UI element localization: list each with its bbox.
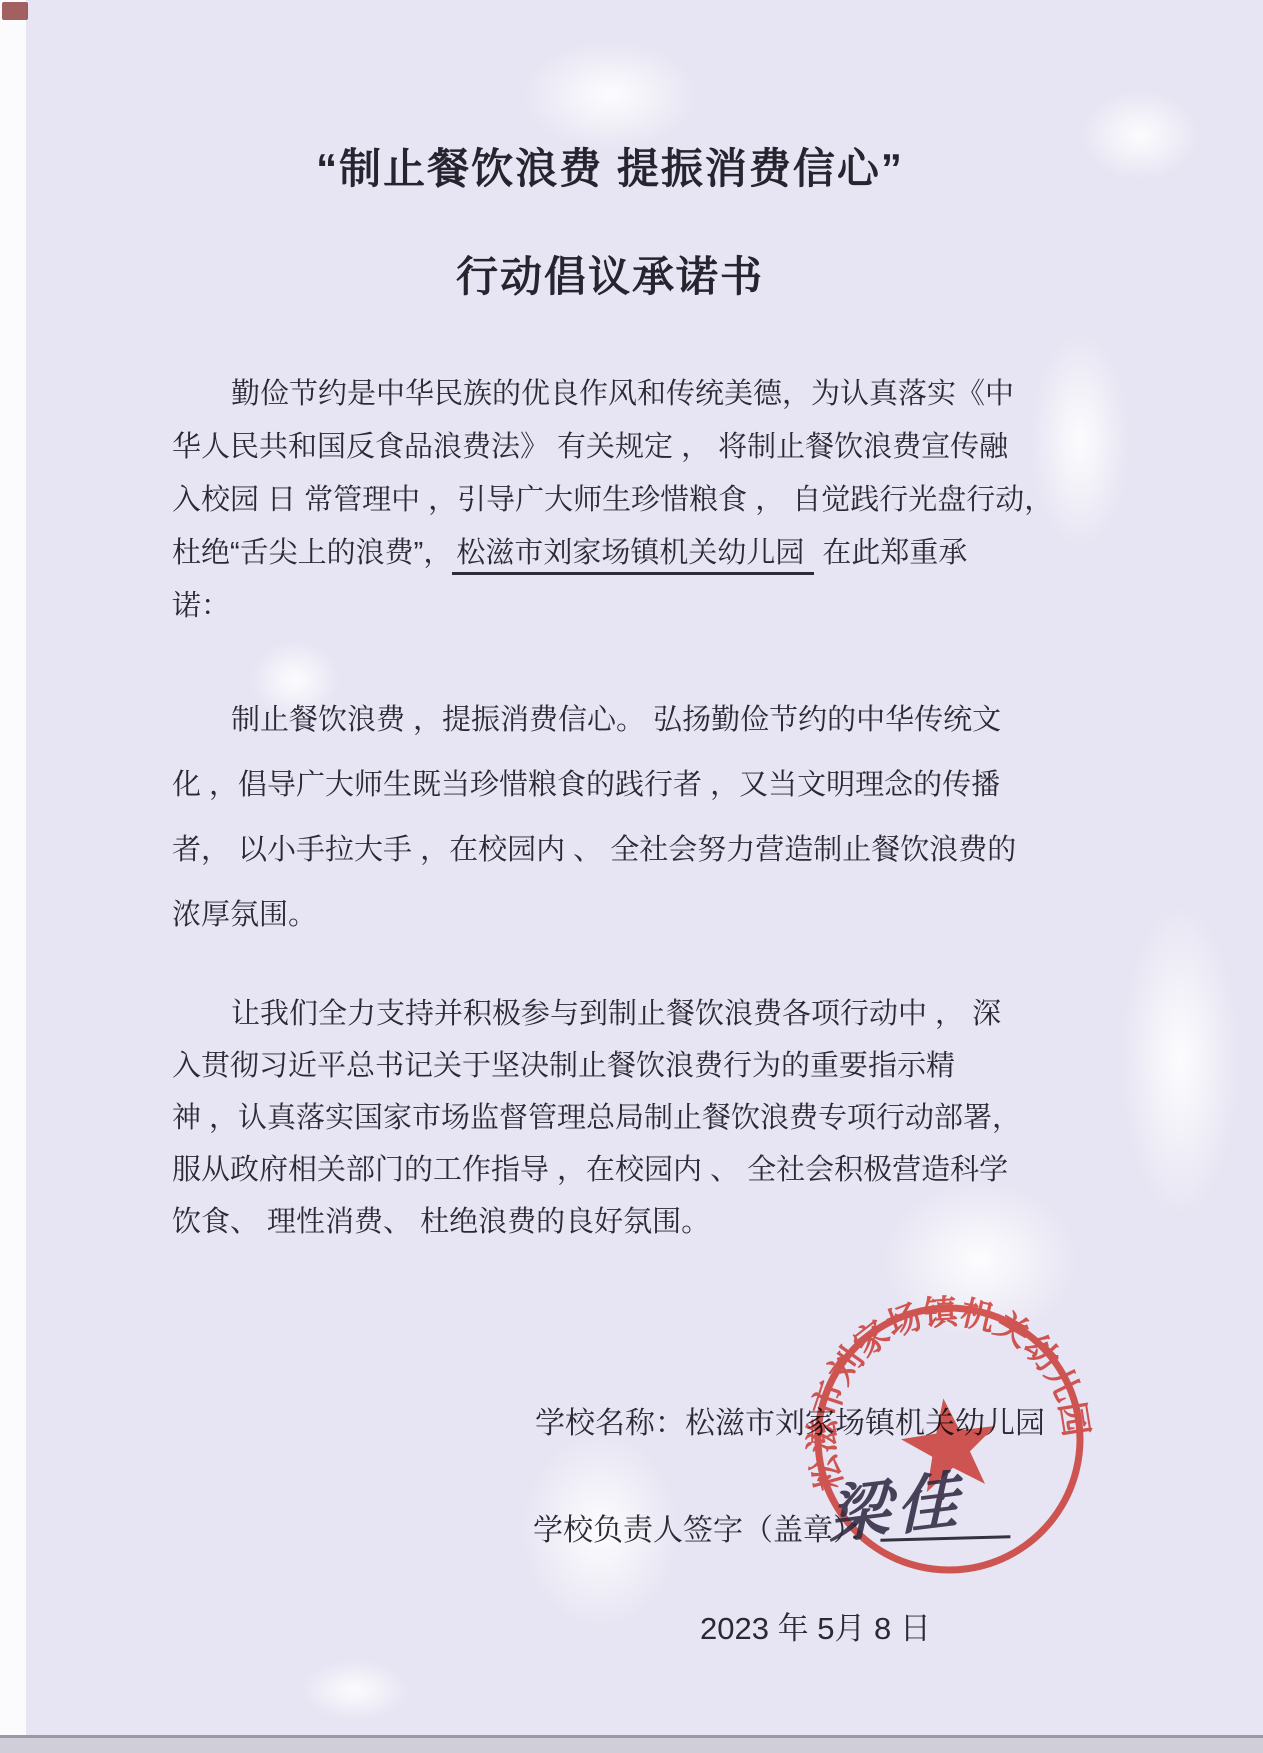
paragraph-3-line5: 饮食、 理性消费、 杜绝浪费的良好氛围。 [172,1196,1032,1248]
scan-artifact [520,40,700,150]
school-name-underlined: 松滋市刘家场镇机关幼儿园 [452,537,814,575]
paragraph-1: 勤俭节约是中华民族的优良作风和传统美德，为认真落实《中 华人民共和国反食品浪费法… [172,368,1032,633]
scan-artifact [300,1660,410,1720]
date-line: 2023 年 5月 8 日 [700,1603,931,1648]
paragraph-3-line2: 入贯彻习近平总书记关于坚决制止餐饮浪费行为的重要指示精 [172,1040,1032,1092]
paragraph-3: 让我们全力支持并积极参与到制止餐饮浪费各项行动中 ， 深 入贯彻习近平总书记关于… [172,988,1032,1248]
paragraph-1-line4: 杜绝“舌尖上的浪费”，松滋市刘家场镇机关幼儿园 在此郑重承 [172,527,1032,580]
scan-artifact [1120,900,1240,1220]
line4-prefix: 杜绝“舌尖上的浪费”， [172,537,452,569]
scanned-document-page: “制止餐饮浪费 提振消费信心” 行动倡议承诺书 勤俭节约是中华民族的优良作风和传… [0,0,1263,1753]
paragraph-3-line4: 服从政府相关部门的工作指导 ，在校园内 、 全社会积极营造科学 [172,1144,1032,1196]
paragraph-2-line1: 制止餐饮浪费 ，提振消费信心。 弘扬勤俭节约的中华传统文 [172,688,1032,753]
paragraph-1-line3: 入校园 日 常管理中 ，引导广大师生珍惜粮食 ， 自觉践行光盘行动， [172,474,1032,527]
paragraph-1-line2: 华人民共和国反食品浪费法》 有关规定 ， 将制止餐饮浪费宣传融 [172,421,1032,474]
document-title-line1: “制止餐饮浪费 提振消费信心” [0,136,1220,196]
paragraph-2-line2: 化 ，倡导广大师生既当珍惜粮食的践行者 ，又当文明理念的传播 [172,753,1032,818]
paragraph-3-line3: 神 ，认真落实国家市场监督管理总局制止餐饮浪费专项行动部署， [172,1092,1032,1144]
scan-edge-bottom-line [0,1735,1263,1738]
document-title-line2: 行动倡议承诺书 [0,244,1220,304]
scan-edge-bottom [0,1737,1263,1753]
scan-corner-mark [2,2,28,20]
handwritten-signature: 梁佳 [828,1449,965,1555]
line4-suffix: 在此郑重承 [814,537,967,569]
paragraph-1-line5: 诺： [172,580,1032,633]
paragraph-3-line1: 让我们全力支持并积极参与到制止餐饮浪费各项行动中 ， 深 [172,988,1032,1040]
scan-artifact [1030,330,1130,550]
paragraph-2-line3: 者， 以小手拉大手 ，在校园内 、 全社会努力营造制止餐饮浪费的 [172,818,1032,883]
paragraph-1-line1: 勤俭节约是中华民族的优良作风和传统美德，为认真落实《中 [172,368,1032,421]
paragraph-2: 制止餐饮浪费 ，提振消费信心。 弘扬勤俭节约的中华传统文 化 ，倡导广大师生既当… [172,688,1032,948]
official-red-seal: 松滋市刘家场镇机关幼儿园 [778,1268,1119,1609]
paragraph-2-line4: 浓厚氛围。 [172,883,1032,948]
